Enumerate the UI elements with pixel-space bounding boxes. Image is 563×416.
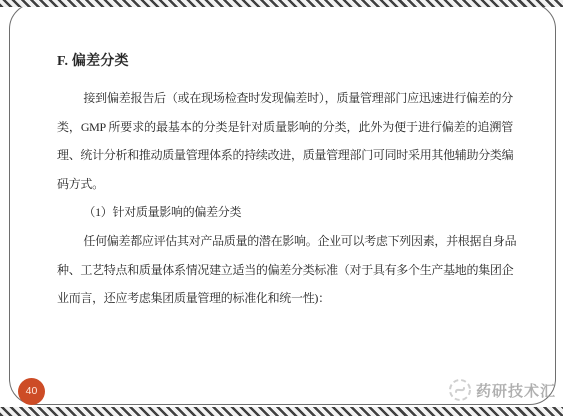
paragraph1-line2: 类，GMP 所要求的最基本的分类是针对质量影响的分类，此外为便于进行偏差的追溯管: [57, 113, 513, 142]
paragraph2-line3: 业而言，还应考虑集团质量管理的标准化和统一性)：: [57, 284, 513, 313]
swirl-circle-icon: [448, 378, 472, 402]
subheading-item-1: （1）针对质量影响的偏差分类: [57, 198, 513, 227]
paragraph1-line3: 理、统计分析和推动质量管理体系的持续改进，质量管理部门可同时采用其他辅助分类编: [57, 141, 513, 170]
paragraph1-line4: 码方式。: [57, 170, 513, 199]
top-hatch-border: [0, 0, 563, 7]
slide-text-block: F. 偏差分类 接到偏差报告后（或在现场检查时发现偏差时），质量管理部门应迅速进…: [57, 50, 513, 313]
section-heading: F. 偏差分类: [57, 50, 513, 74]
brand-watermark: 药研技术汇: [448, 378, 556, 402]
paragraph2-line1: 任何偏差都应评估其对产品质量的潜在影响。企业可以考虑下列因素，并根据自身品: [57, 227, 513, 256]
brand-name-text: 药研技术汇: [476, 380, 556, 401]
bottom-hatch-border: [0, 407, 563, 416]
paragraph2-line2: 种、工艺特点和质量体系情况建立适当的偏差分类标准（对于具有多个生产基地的集团企: [57, 256, 513, 285]
page-number-badge: 40: [18, 378, 45, 405]
paragraph1-line1: 接到偏差报告后（或在现场检查时发现偏差时），质量管理部门应迅速进行偏差的分: [57, 84, 513, 113]
